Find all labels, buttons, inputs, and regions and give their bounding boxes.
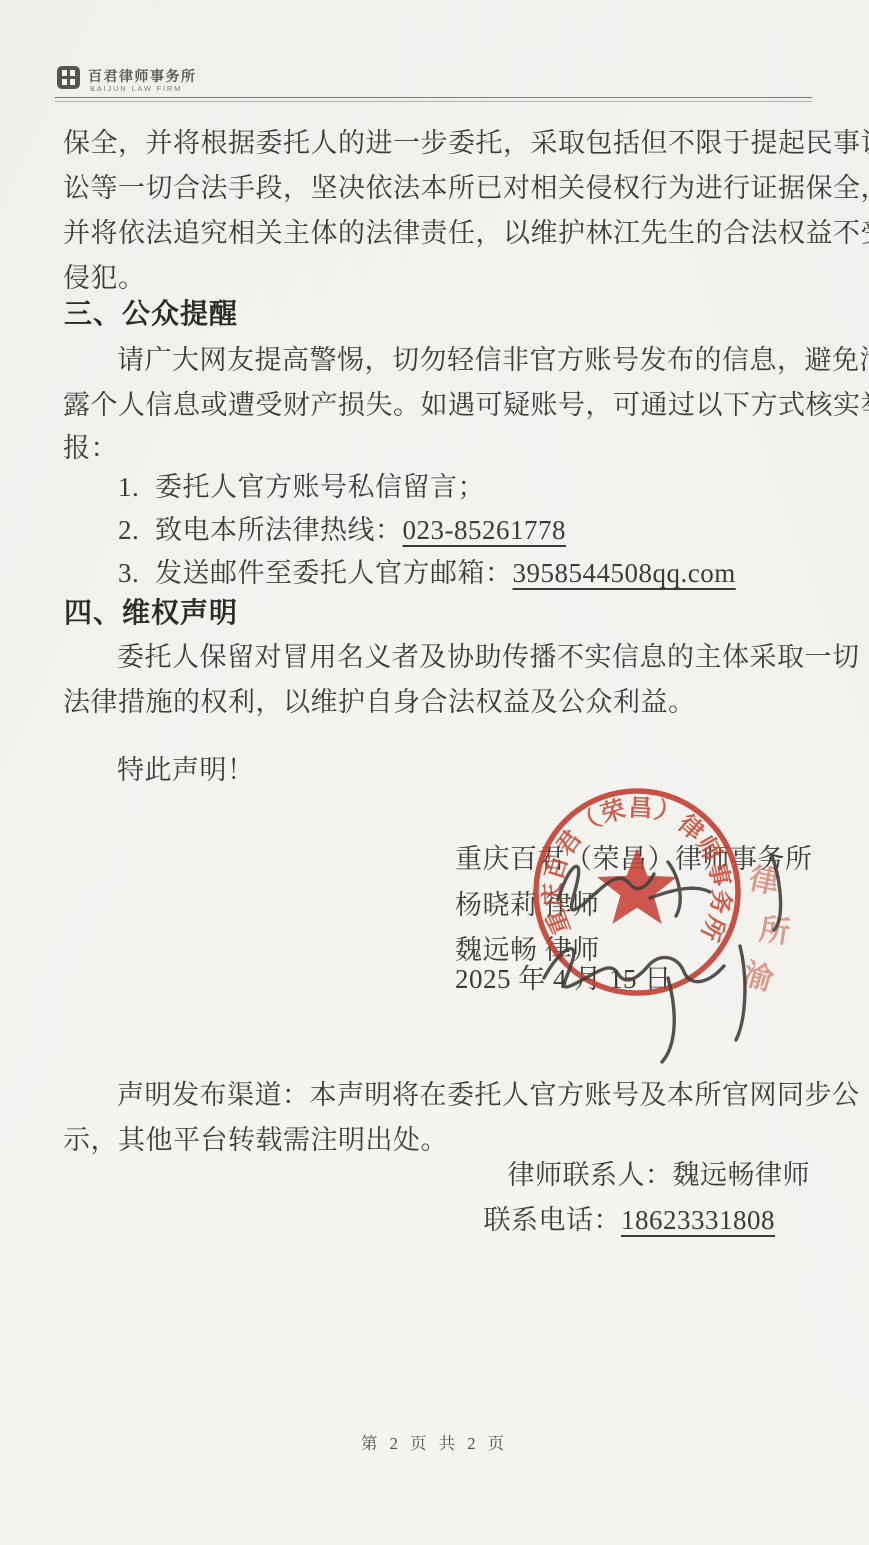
list-item: 1.委托人官方账号私信留言；	[118, 470, 485, 504]
list-item-number: 1.	[118, 470, 155, 504]
list-item-number: 3.	[118, 556, 155, 590]
paragraph-line: 示，其他平台转载需注明出处。	[63, 1123, 448, 1157]
handwritten-signatures	[440, 828, 820, 1098]
paragraph-line: 报：	[63, 431, 118, 465]
hotline-number: 023-85261778	[403, 515, 567, 545]
list-item: 3.发送邮件至委托人官方邮箱：3958544508qq.com	[118, 556, 736, 590]
paragraph-line: 请广大网友提高警惕，切勿轻信非官方账号发布的信息，避免泄	[63, 343, 869, 377]
paragraph-line: 讼等一切合法手段，坚决依法本所已对相关侵权行为进行证据保全，	[63, 171, 869, 205]
contact-phone-number: 18623331808	[621, 1205, 775, 1235]
official-email: 3958544508qq.com	[513, 558, 736, 588]
paragraph-line: 委托人保留对冒用名义者及协助传播不实信息的主体采取一切	[63, 640, 860, 674]
declaration-line: 特此声明！	[63, 753, 255, 787]
list-item-text: 致电本所法律热线：	[155, 515, 403, 545]
law-firm-name: 百君律师事务所	[88, 66, 197, 86]
paragraph-line: 保全，并将根据委托人的进一步委托，采取包括但不限于提起民事诉	[63, 126, 869, 160]
paragraph-line: 法律措施的权利，以维护自身合法权益及公众利益。	[63, 685, 696, 719]
paragraph-line: 声明发布渠道：本声明将在委托人官方账号及本所官网同步公	[63, 1078, 860, 1112]
letterhead-divider	[55, 97, 812, 102]
list-item: 2.致电本所法律热线：023-85261778	[118, 513, 566, 547]
contact-phone-label: 联系电话：	[484, 1205, 622, 1235]
list-item-number: 2.	[118, 513, 155, 547]
paragraph-line: 露个人信息或遭受财产损失。如遇可疑账号，可通过以下方式核实举	[63, 388, 869, 422]
contact-phone-line: 联系电话：18623331808	[484, 1203, 776, 1237]
page-number: 第 2 页 共 2 页	[0, 1430, 869, 1454]
section-heading-public-notice: 三、公众提醒	[64, 298, 238, 332]
law-firm-logo-icon	[57, 66, 80, 89]
contact-person-line: 律师联系人：魏远畅律师	[508, 1158, 811, 1192]
section-heading-rights-statement: 四、维权声明	[64, 597, 238, 631]
law-firm-name-en: BAIJUN LAW FIRM	[90, 84, 182, 93]
scanned-legal-statement-page: 百君律师事务所 BAIJUN LAW FIRM 保全，并将根据委托人的进一步委托…	[0, 0, 869, 1545]
list-item-text: 发送邮件至委托人官方邮箱：	[155, 558, 513, 588]
paragraph-line: 侵犯。	[63, 261, 146, 295]
paragraph-line: 并将依法追究相关主体的法律责任，以维护林江先生的合法权益不受	[63, 216, 869, 250]
list-item-text: 委托人官方账号私信留言；	[155, 472, 485, 502]
